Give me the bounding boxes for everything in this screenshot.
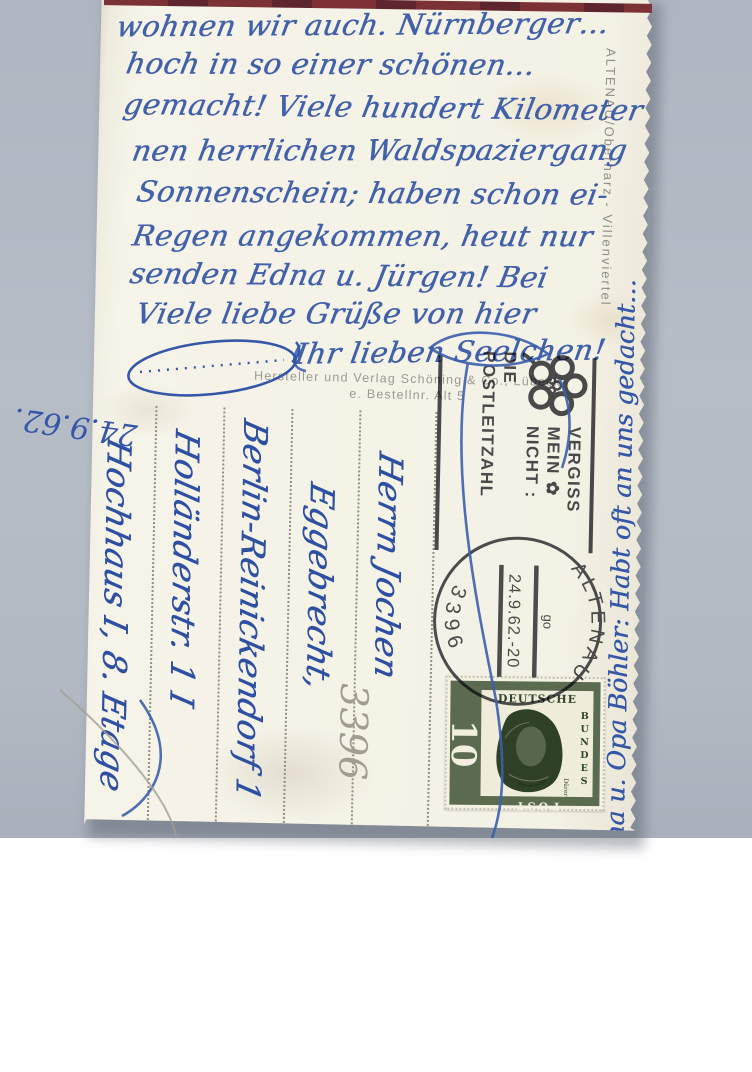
postmark-plz: 3396 [439,582,472,659]
postcard: ALTENAU/Oberharz - Villenviertel Herstel… [79,0,653,836]
message-line: wohnen wir auch. Nürnberger… [114,6,612,43]
postmark-town: ALTENAU [564,558,610,688]
address-line: Berlin-Reinickendorf 1 [214,408,291,839]
address-detail: Hochhaus I, 8. Etage [82,432,149,798]
address-city: Berlin-Reinickendorf 1 [217,413,285,806]
address-block: Herrn Jochen Eggebrecht, Berlin-Reinicke… [85,405,439,842]
stamp-value: 10 [443,714,484,774]
svg-text:3396: 3396 [439,582,472,659]
slogan-line: NICHT : [521,426,544,513]
message-line: Sonnenschein; haben schon ei- [134,174,611,211]
scanned-postcard-photo: ALTENAU/Oberharz - Villenviertel Herstel… [0,0,752,1072]
address-surname: Eggebrecht, [288,477,352,697]
forget-me-not-flower-icon [521,352,588,419]
slogan-line: MEIN ✿ [542,426,565,513]
pencil-postal-code: 3396 [330,676,376,787]
message-line: gemacht! Viele hundert Kilometer [121,87,646,127]
postmark-date: 24.9.62.-20 [504,574,524,669]
message-line: senden Edna u. Jürgen! Bei [127,256,551,294]
address-line: Holländerstr. 1 I [146,406,223,837]
message-line: Viele liebe Grüße von hier [133,296,539,330]
stamp-portrait-icon [488,704,569,797]
postmark-code: go [540,614,555,629]
address-recipient: Herrn Jochen [356,446,420,685]
message-line: hoch in so einer schönen… [124,47,539,82]
stamp-country-side: BUNDES [579,711,591,789]
postmark-datestamp: ALTENAU go 24.9.62.-20 3396 [421,524,615,718]
address-street: Holländerstr. 1 I [151,424,216,713]
slogan-line: VERGISS [563,427,586,514]
stamp-engraver-mark: Dürer [562,778,569,796]
stamp-country-bottom: POST [480,796,592,811]
svg-text:ALTENAU: ALTENAU [564,558,610,688]
message-line: Regen angekommen, heut nur [130,219,596,254]
message-line: nen herrlichen Waldspaziergang [129,133,630,168]
